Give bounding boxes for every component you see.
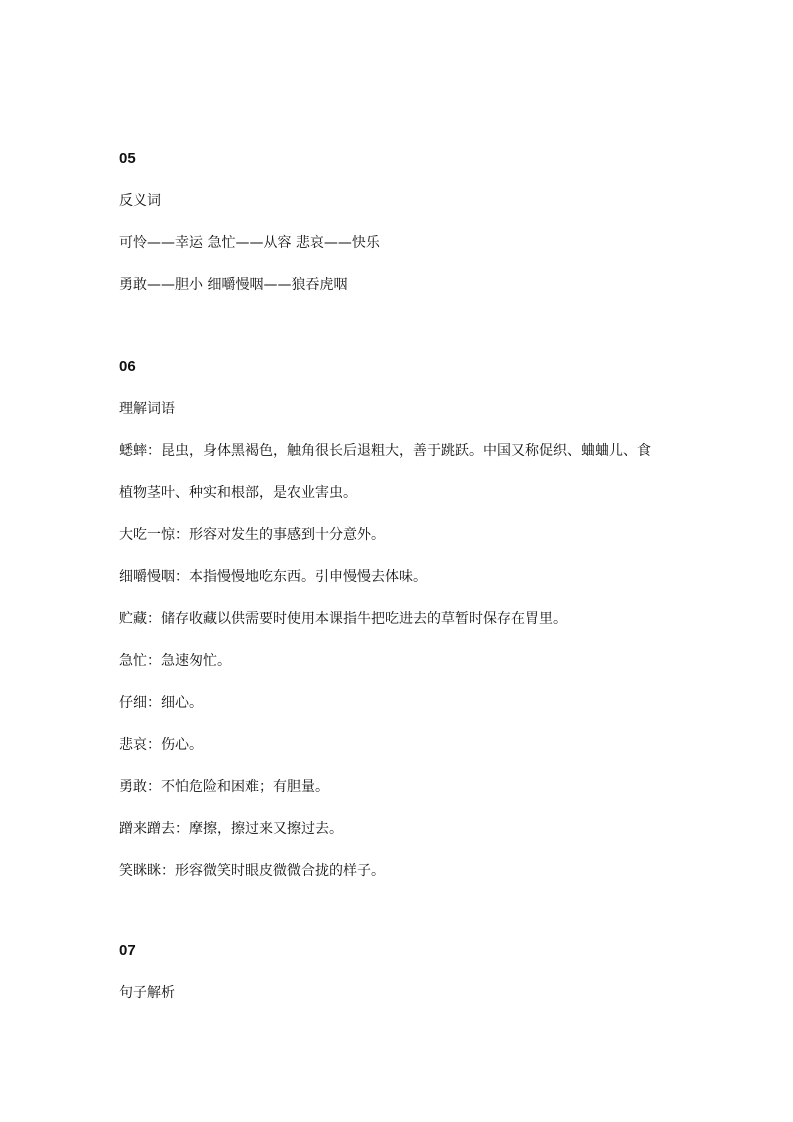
definition-line: 大吃一惊：形容对发生的事感到十分意外。 <box>119 526 385 544</box>
definition-line: 急忙：急速匆忙。 <box>119 652 231 670</box>
section-heading: 句子解析 <box>119 984 175 1002</box>
definition-line: 蹭来蹭去：摩擦，擦过来又擦过去。 <box>119 820 343 838</box>
definition-line: 仔细：细心。 <box>119 694 203 712</box>
definition-line: 悲哀：伤心。 <box>119 736 203 754</box>
section-heading: 理解词语 <box>119 400 175 418</box>
section-number: 05 <box>119 150 136 168</box>
definition-line: 贮藏：储存收藏以供需要时使用本课指牛把吃进去的草暂时保存在胃里。 <box>119 610 567 628</box>
section-number: 06 <box>119 358 136 376</box>
section-number: 07 <box>119 942 136 960</box>
definition-line: 蟋蟀：昆虫，身体黑褐色，触角很长后退粗大，善于跳跃。中国又称促织、蛐蛐儿、食 <box>119 442 651 460</box>
definition-line: 植物茎叶、种实和根部，是农业害虫。 <box>119 484 357 502</box>
antonym-line: 可怜——幸运 急忙——从容 悲哀——快乐 <box>119 234 380 252</box>
definition-line: 勇敢：不怕危险和困难；有胆量。 <box>119 778 329 796</box>
definition-line: 笑眯眯：形容微笑时眼皮微微合拢的样子。 <box>119 862 385 880</box>
definition-line: 细嚼慢咽：本指慢慢地吃东西。引申慢慢去体味。 <box>119 568 427 586</box>
antonym-line: 勇敢——胆小 细嚼慢咽——狼吞虎咽 <box>119 276 347 294</box>
section-heading: 反义词 <box>119 192 161 210</box>
